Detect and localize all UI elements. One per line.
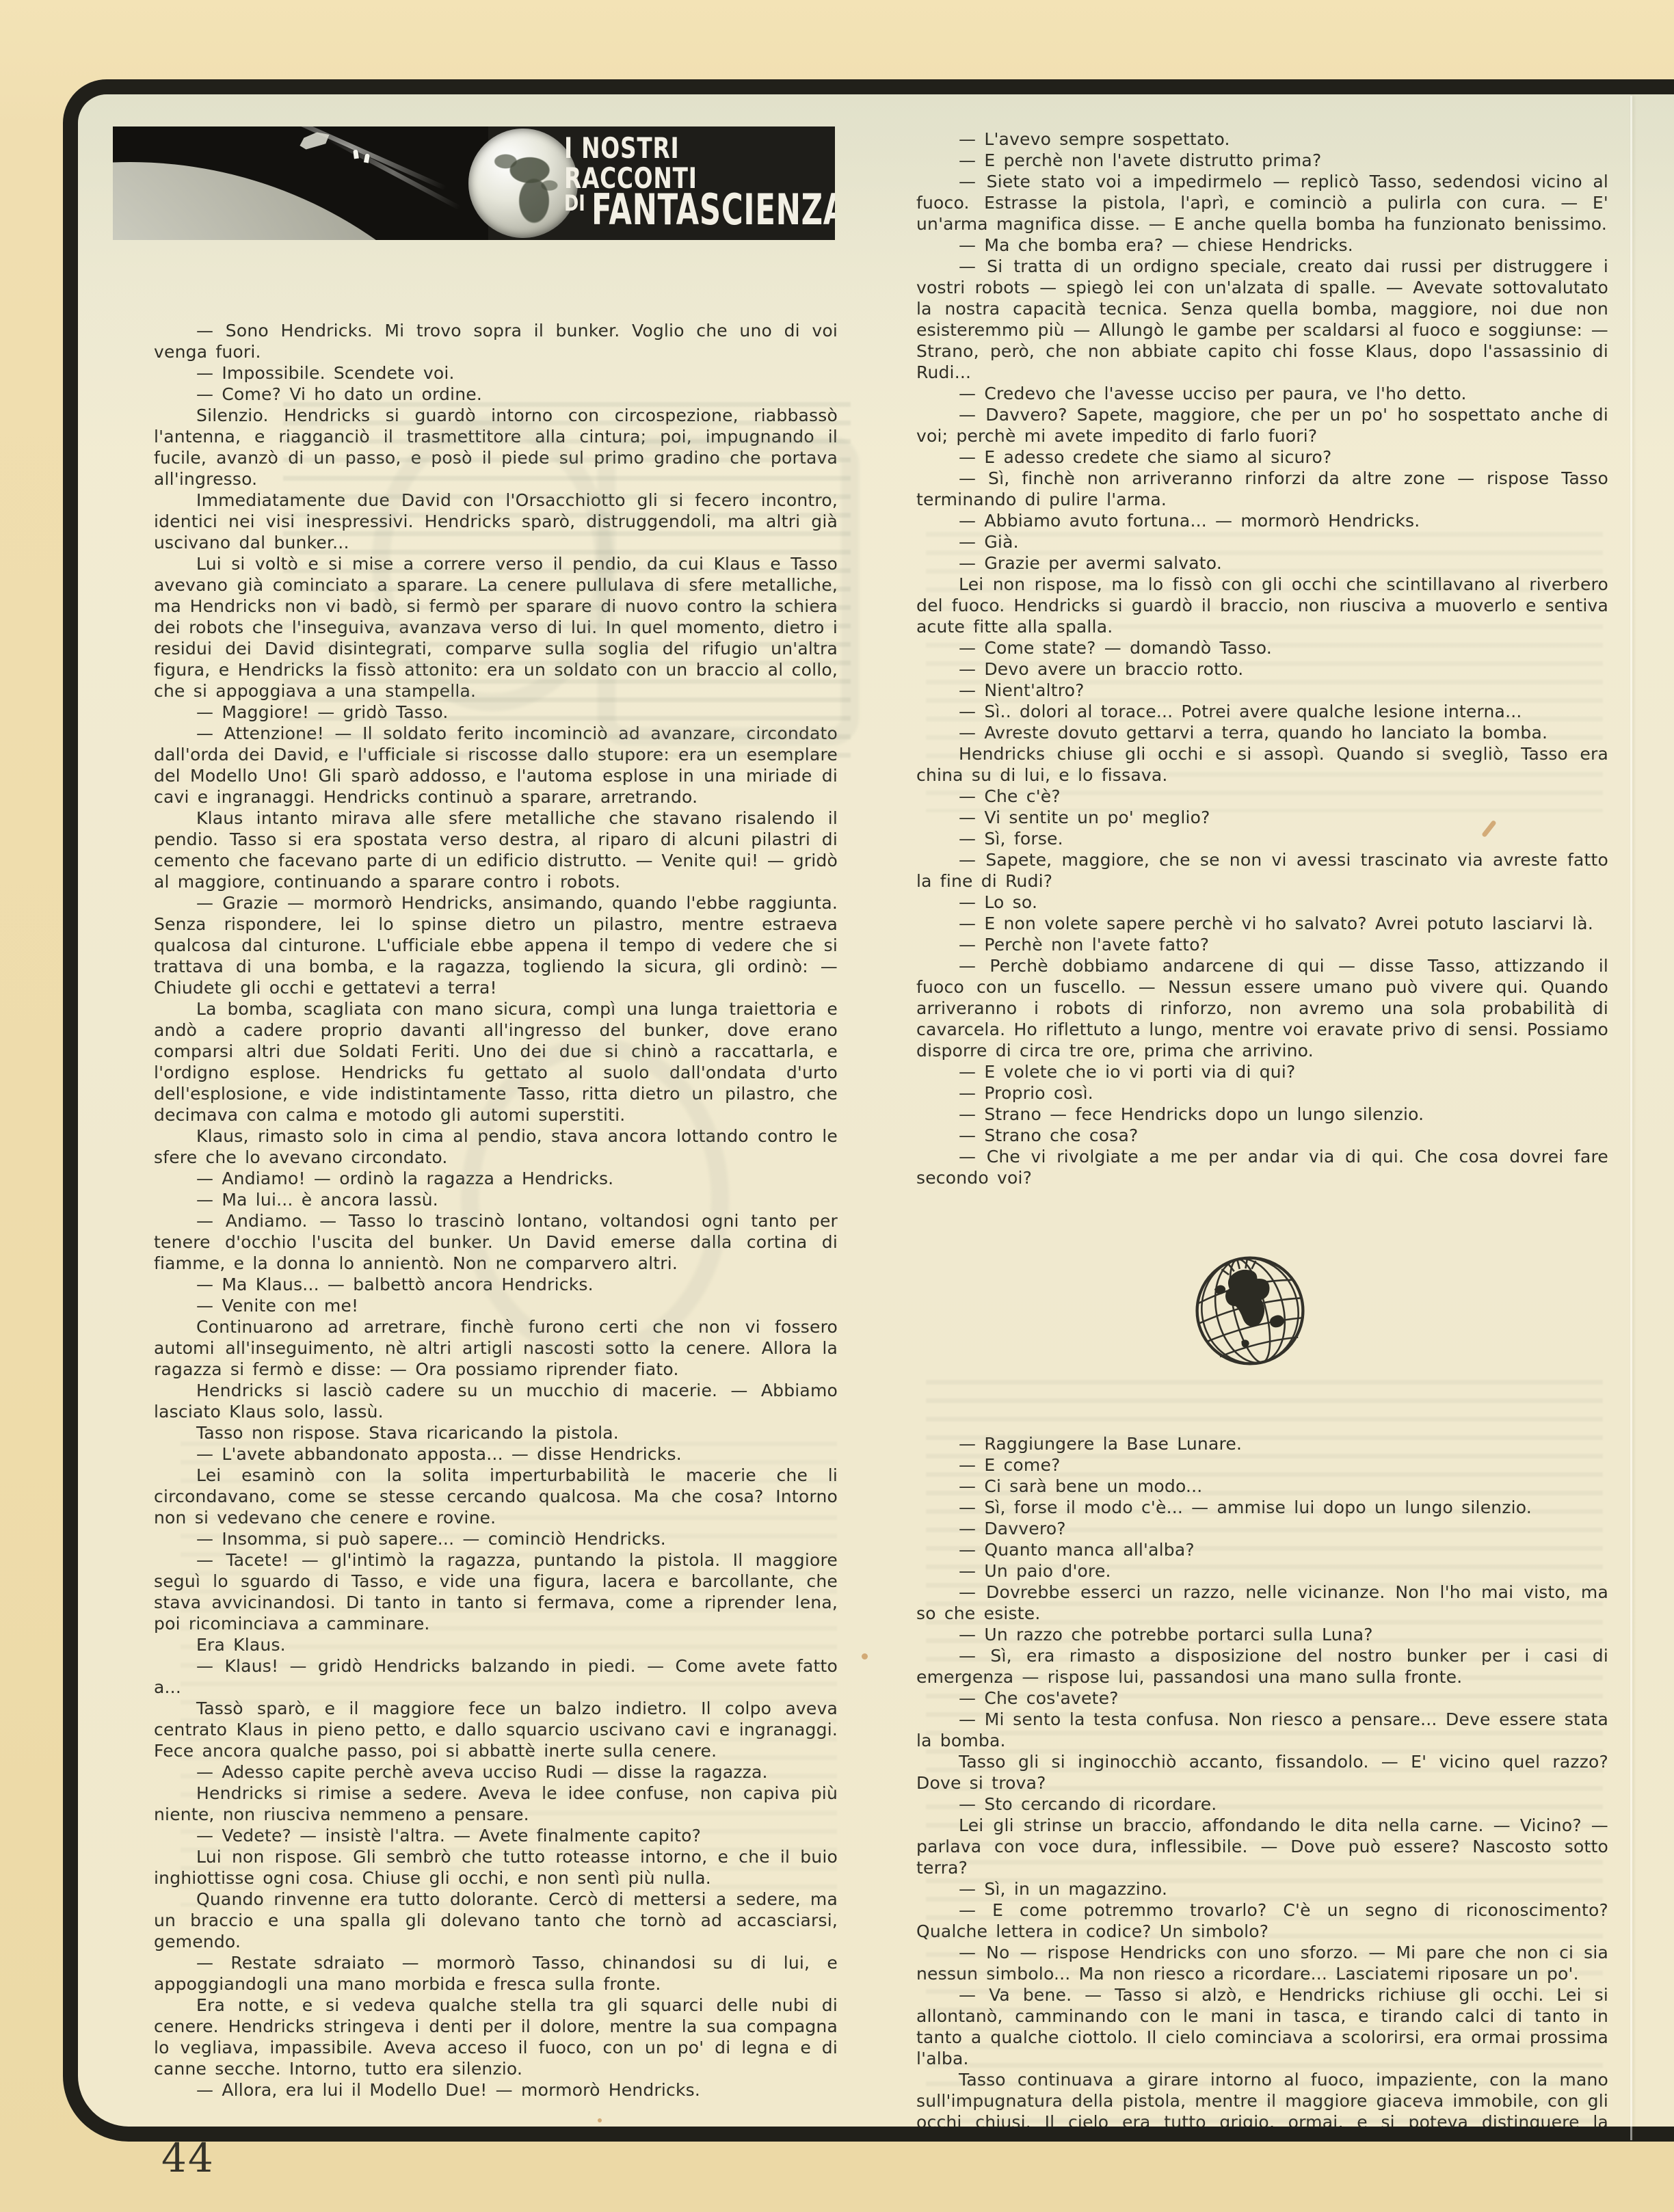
right-column: — L'avevo sempre sospettato. — E perchè … xyxy=(916,129,1608,2142)
story-paragraph: — Un paio d'ore. xyxy=(916,1560,1608,1582)
page-number: 44 xyxy=(161,2135,215,2181)
story-paragraph: — Attenzione! — Il soldato ferito incomi… xyxy=(154,723,838,808)
story-paragraph: — Sto cercando di ricordare. xyxy=(916,1794,1608,1815)
right-column-top-block: — L'avevo sempre sospettato. — E perchè … xyxy=(916,129,1608,1188)
story-paragraph: — E come? xyxy=(916,1454,1608,1476)
story-paragraph: — Un razzo che potrebbe portarci sulla L… xyxy=(916,1624,1608,1645)
story-paragraph: Tasso gli si inginocchiò accanto, fissan… xyxy=(916,1751,1608,1794)
story-paragraph: — Siete stato voi a impedirmelo — replic… xyxy=(916,171,1608,235)
story-paragraph: — Sì, forse il modo c'è... — ammise lui … xyxy=(916,1497,1608,1518)
story-paragraph: — Impossibile. Scendete voi. xyxy=(154,362,838,384)
story-paragraph: Era Klaus. xyxy=(154,1634,838,1655)
story-paragraph: — Avreste dovuto gettarvi a terra, quand… xyxy=(916,722,1608,743)
story-paragraph: Tasso continuava a girare intorno al fuo… xyxy=(916,2069,1608,2142)
story-paragraph: — Andiamo! — ordinò la ragazza a Hendric… xyxy=(154,1168,838,1189)
story-paragraph: — Maggiore! — gridò Tasso. xyxy=(154,702,838,723)
story-paragraph: Quando rinvenne era tutto dolorante. Cer… xyxy=(154,1889,838,1952)
story-paragraph: Klaus, rimasto solo in cima al pendio, s… xyxy=(154,1125,838,1168)
story-paragraph: Era notte, e si vedeva qualche stella tr… xyxy=(154,1995,838,2079)
story-paragraph: — Andiamo. — Tasso lo trascinò lontano, … xyxy=(154,1210,838,1274)
story-paragraph: — Restate sdraiato — mormorò Tasso, chin… xyxy=(154,1952,838,1995)
earth-photo-icon xyxy=(468,129,578,238)
story-paragraph: — Davvero? Sapete, maggiore, che per un … xyxy=(916,404,1608,447)
story-paragraph: — Grazie — mormorò Hendricks, ansimando,… xyxy=(154,892,838,998)
story-paragraph: — Che vi rivolgiate a me per andar via d… xyxy=(916,1146,1608,1188)
story-paragraph: — Mi sento la testa confusa. Non riesco … xyxy=(916,1709,1608,1751)
story-paragraph: — Ma che bomba era? — chiese Hendricks. xyxy=(916,235,1608,256)
story-paragraph: Tassò sparò, e il maggiore fece un balzo… xyxy=(154,1698,838,1761)
story-paragraph: — L'avete abbandonato apposta... — disse… xyxy=(154,1443,838,1465)
story-paragraph: Lui si voltò e si mise a correre verso i… xyxy=(154,553,838,702)
story-paragraph: — Sì, era rimasto a disposizione del nos… xyxy=(916,1645,1608,1688)
story-paragraph: — Che c'è? xyxy=(916,786,1608,807)
page-frame: I NOSTRI RACCONTI DI FANTASCIENZA — Sono… xyxy=(63,79,1674,2142)
story-paragraph: Klaus intanto mirava alle sfere metallic… xyxy=(154,808,838,892)
story-paragraph: — Sì.. dolori al torace... Potrei avere … xyxy=(916,701,1608,722)
story-paragraph: La bomba, scagliata con mano sicura, com… xyxy=(154,998,838,1125)
light-streak-icon xyxy=(258,126,447,191)
story-paragraph: — Strano che cosa? xyxy=(916,1125,1608,1146)
story-paragraph: — Si tratta di un ordigno speciale, crea… xyxy=(916,256,1608,383)
story-paragraph: — Quanto manca all'alba? xyxy=(916,1539,1608,1560)
earth-globe-illustration xyxy=(1191,1252,1309,1370)
story-paragraph: — E come potremmo trovarlo? C'è un segno… xyxy=(916,1900,1608,1942)
story-paragraph: — Devo avere un braccio rotto. xyxy=(916,658,1608,680)
story-paragraph: — L'avevo sempre sospettato. xyxy=(916,129,1608,150)
story-paragraph: — E perchè non l'avete distrutto prima? xyxy=(916,150,1608,171)
rust-stain xyxy=(598,2118,602,2122)
story-paragraph: — Sono Hendricks. Mi trovo sopra il bunk… xyxy=(154,320,838,362)
story-paragraph: — Sì, in un magazzino. xyxy=(916,1878,1608,1900)
story-paragraph: — Insomma, si può sapere... — cominciò H… xyxy=(154,1528,838,1549)
story-paragraph: — Perchè dobbiamo andarcene di qui — dis… xyxy=(916,955,1608,1061)
story-paragraph: — Tacete! — gl'intimò la ragazza, puntan… xyxy=(154,1549,838,1634)
story-paragraph: — E adesso credete che siamo al sicuro? xyxy=(916,447,1608,468)
header-figure: I NOSTRI RACCONTI DI FANTASCIENZA xyxy=(113,126,835,240)
left-column: — Sono Hendricks. Mi trovo sopra il bunk… xyxy=(154,320,838,2101)
story-paragraph: — Come? Vi ho dato un ordine. xyxy=(154,384,838,405)
story-paragraph: — Va bene. — Tasso si alzò, e Hendricks … xyxy=(916,1984,1608,2069)
story-paragraph: Silenzio. Hendricks si guardò intorno co… xyxy=(154,405,838,490)
story-paragraph: — Raggiungere la Base Lunare. xyxy=(916,1433,1608,1454)
story-paragraph: — Sapete, maggiore, che se non vi avessi… xyxy=(916,849,1608,892)
section-title: FANTASCIENZA xyxy=(592,189,835,230)
story-paragraph: Hendricks chiuse gli occhi e si assopì. … xyxy=(916,743,1608,786)
story-paragraph: — E volete che io vi porti via di qui? xyxy=(916,1061,1608,1082)
story-paragraph: — E non volete sapere perchè vi ho salva… xyxy=(916,913,1608,934)
story-paragraph: — No — rispose Hendricks con uno sforzo.… xyxy=(916,1942,1608,1984)
paper-crease xyxy=(1630,96,1632,2140)
story-paragraph: — Sì, forse. xyxy=(916,828,1608,849)
story-paragraph: Hendricks si lasciò cadere su un mucchio… xyxy=(154,1380,838,1422)
right-column-bottom-block: — Raggiungere la Base Lunare. — E come? … xyxy=(916,1433,1608,2142)
magazine-page: I NOSTRI RACCONTI DI FANTASCIENZA — Sono… xyxy=(0,0,1674,2212)
story-paragraph: Lei esaminò con la solita imperturbabili… xyxy=(154,1465,838,1528)
story-paragraph: — Ma lui... è ancora lassù. xyxy=(154,1189,838,1210)
story-paragraph: — Grazie per avermi salvato. xyxy=(916,552,1608,574)
story-paragraph: — Credevo che l'avesse ucciso per paura,… xyxy=(916,383,1608,404)
story-paragraph: — Già. xyxy=(916,531,1608,552)
story-paragraph: — Venite con me! xyxy=(154,1295,838,1316)
moon-surface-photo xyxy=(113,126,488,240)
light-streak-icon xyxy=(325,135,461,210)
section-banner: I NOSTRI RACCONTI DI FANTASCIENZA xyxy=(564,133,835,230)
story-paragraph: — Vi sentite un po' meglio? xyxy=(916,807,1608,828)
section-kicker-line3: DI xyxy=(564,192,585,214)
story-paragraph: — Adesso capite perchè aveva ucciso Rudi… xyxy=(154,1761,838,1783)
rust-stain xyxy=(862,1653,868,1660)
story-paragraph: — Strano — fece Hendricks dopo un lungo … xyxy=(916,1104,1608,1125)
globe-figure xyxy=(916,1188,1608,1433)
story-paragraph: — Ma Klaus... — balbettò ancora Hendrick… xyxy=(154,1274,838,1295)
story-paragraph: — Ci sarà bene un modo... xyxy=(916,1476,1608,1497)
story-paragraph: — Allora, era lui il Modello Due! — morm… xyxy=(154,2079,838,2101)
story-paragraph: Hendricks si rimise a sedere. Aveva le i… xyxy=(154,1783,838,1825)
story-paragraph: Lei non rispose, ma lo fissò con gli occ… xyxy=(916,574,1608,637)
story-paragraph: — Che cos'avete? xyxy=(916,1688,1608,1709)
story-paragraph: — Dovrebbe esserci un razzo, nelle vicin… xyxy=(916,1582,1608,1624)
story-paragraph: — Abbiamo avuto fortuna... — mormorò Hen… xyxy=(916,510,1608,531)
story-paragraph: — Sì, finchè non arriveranno rinforzi da… xyxy=(916,468,1608,510)
story-paragraph: Continuarono ad arretrare, finchè furono… xyxy=(154,1316,838,1380)
section-kicker-line1: I NOSTRI xyxy=(564,133,835,163)
story-paragraph: — Come state? — domandò Tasso. xyxy=(916,637,1608,658)
story-paragraph: — Klaus! — gridò Hendricks balzando in p… xyxy=(154,1655,838,1698)
story-paragraph: Immediatamente due David con l'Orsacchio… xyxy=(154,490,838,553)
story-paragraph: — Vedete? — insistè l'altra. — Avete fin… xyxy=(154,1825,838,1846)
story-paragraph: — Proprio così. xyxy=(916,1082,1608,1104)
story-paragraph: Tasso non rispose. Stava ricaricando la … xyxy=(154,1422,838,1443)
story-paragraph: — Perchè non l'avete fatto? xyxy=(916,934,1608,955)
story-paragraph: — Lo so. xyxy=(916,892,1608,913)
story-paragraph: Lui non rispose. Gli sembrò che tutto ro… xyxy=(154,1846,838,1889)
story-paragraph: — Nient'altro? xyxy=(916,680,1608,701)
story-paragraph: — Davvero? xyxy=(916,1518,1608,1539)
story-paragraph: Lei gli strinse un braccio, affondando l… xyxy=(916,1815,1608,1878)
